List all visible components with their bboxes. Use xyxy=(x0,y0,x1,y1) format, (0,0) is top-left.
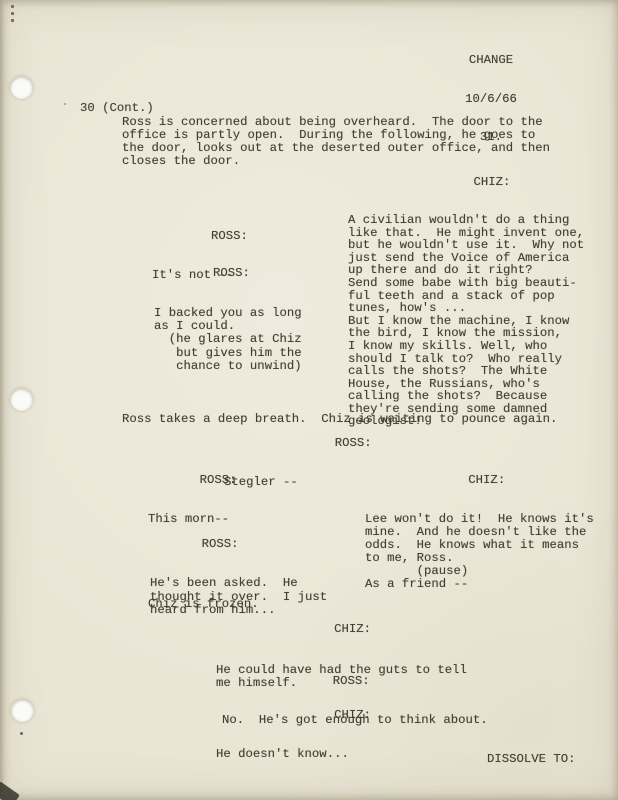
dialogue-block-chiz-2: CHIZ: Lee won't do it! He knows it's min… xyxy=(365,448,594,617)
punch-hole-top xyxy=(10,76,33,99)
paper-left-edge xyxy=(0,0,4,800)
dialogue-block-ross-3: ROSS: Stegler -- xyxy=(224,411,372,515)
speaker-label: CHIZ: xyxy=(348,176,584,189)
speaker-label: ROSS: xyxy=(150,538,327,551)
change-label: CHANGE xyxy=(461,54,521,67)
speaker-label: ROSS: xyxy=(224,437,372,450)
speaker-label: ROSS: xyxy=(154,267,302,280)
punch-hole-bottom xyxy=(11,699,34,722)
transition-dissolve: DISSOLVE TO: xyxy=(487,727,576,792)
dialogue-text: Stegler -- xyxy=(224,476,372,489)
corner-smudge xyxy=(0,781,20,800)
dialogue-text: Lee won't do it! He knows it's mine. And… xyxy=(365,513,594,591)
script-page: CHANGE 10/6/66 31. 30 (Cont.) Ross is co… xyxy=(0,0,618,800)
dialogue-text: He doesn't know... xyxy=(216,748,371,761)
dialogue-block-chiz-4: CHIZ: He doesn't know... xyxy=(216,683,371,787)
speaker-label: CHIZ: xyxy=(365,474,594,487)
scan-speck xyxy=(64,103,66,105)
scan-speck xyxy=(20,732,23,735)
dialogue-block-ross-2: ROSS: I backed you as long as I could. (… xyxy=(154,241,302,399)
scan-artifact-mark xyxy=(11,5,14,26)
speaker-label: CHIZ: xyxy=(216,623,467,637)
speaker-label: ROSS: xyxy=(148,474,237,487)
dialogue-text: I backed you as long as I could. (he gla… xyxy=(154,307,302,373)
speaker-label: CHIZ: xyxy=(216,709,371,722)
punch-hole-middle xyxy=(10,388,33,411)
